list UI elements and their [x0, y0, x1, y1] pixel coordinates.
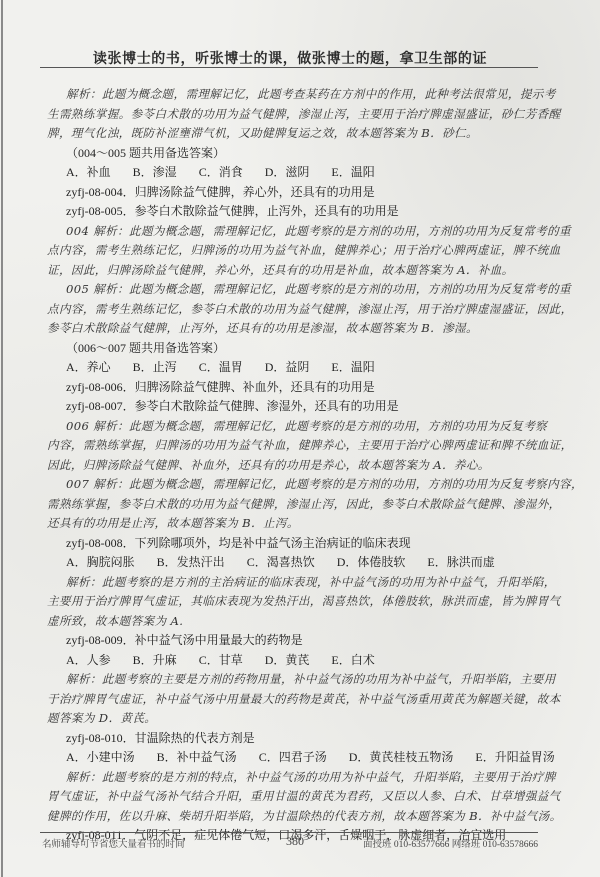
page-footer: 名师辅导可节省您大量看书的时间 380 面授班 010-63577666 网络班… — [40, 836, 538, 850]
answer-option: D．黄芪 — [265, 651, 310, 671]
explanation-line: 解析：此题为概念题，需理解记忆，此题考查某药在方剂中的作用，此种考法很常见，提示… — [47, 85, 541, 105]
question-line: zyfj-08-010．甘温除热的代表方剂是 — [47, 729, 541, 749]
answer-option: D．黄芪桂枝五物汤 — [349, 748, 454, 768]
footer-divider — [40, 832, 538, 833]
answer-option: A．胸脘闷胀 — [66, 553, 135, 573]
explanation-line: 006 解析：此题为概念题，需理解记忆，此题考察的是方剂的功用，方剂的功用为反复… — [47, 417, 541, 437]
answer-option: E．温阳 — [331, 358, 374, 378]
explanation-line: 证，因此，归脾汤除益气健脾，养心外，还具有的功用是补血，故本题答案为 A．补血。 — [47, 261, 541, 281]
explanation-line: 内容，需熟练掌握，归脾汤的功用为益气补血，健脾养心，主要用于治疗心脾两虚证和脾不… — [47, 436, 541, 456]
answer-option: A．养心 — [66, 358, 111, 378]
answer-option: E．脉洪而虚 — [427, 553, 494, 573]
explanation-line: 参苓白术散除益气健脾，止泻外，还具有的功用是渗湿，故本题答案为 B．渗湿。 — [47, 319, 541, 339]
answer-option: E．白术 — [331, 651, 374, 671]
explanation-line: 解析：此题考察的主要是方剂的药物用量，补中益气汤的功用为补中益气，升阳举陷，主要… — [47, 670, 541, 690]
answer-option: B．发热汗出 — [157, 553, 225, 573]
document-page: 读张博士的书，听张博士的课，做张博士的题，拿卫生部的证 解析：此题为概念题，需理… — [0, 0, 600, 877]
answer-option: A．小建中汤 — [66, 748, 135, 768]
question-line: zyfj-08-004．归脾汤除益气健脾，养心外，还具有的功用是 — [47, 183, 541, 203]
answer-option: D．滋阴 — [265, 163, 310, 183]
explanation-line: 虚所致，故本题答案为 A. — [47, 612, 541, 632]
footer-slogan: 名师辅导可节省您大量看书的时间 — [42, 836, 185, 850]
answer-options: A．补血B．渗湿C．消食D．滋阴E．温阳 — [47, 163, 541, 183]
explanation-line: 解析：此题考察的是方剂的特点，补中益气汤的功用为补中益气，升阳举陷，主要用于治疗… — [47, 768, 541, 788]
answer-option: D．体倦肢软 — [337, 553, 406, 573]
explanation-line: 004 解析：此题为概念题，需理解记忆，此题考察的是方剂的功用，方剂的功用为反复… — [47, 222, 541, 242]
answer-option: C．渴喜热饮 — [247, 553, 315, 573]
question-line: （004～005 题共用备选答案） — [47, 144, 541, 164]
explanation-line: 健脾的作用，佐以升麻、柴胡升阳举陷，为甘温除热的代表方剂，故本题答案为 B．补中… — [47, 807, 541, 827]
answer-option: E．温阳 — [331, 163, 374, 183]
explanation-line: 需熟练掌握，参苓白术散的功用为益气健脾，渗湿止泻，因此，参苓白术散除益气健脾、渗… — [47, 495, 541, 515]
page-number: 380 — [286, 834, 304, 849]
explanation-line: 还具有的功用是止泻，故本题答案为 B．止泻。 — [47, 514, 541, 534]
question-line: zyfj-08-005．参苓白术散除益气健脾，止泻外，还具有的功用是 — [47, 202, 541, 222]
answer-option: B．渗湿 — [133, 163, 177, 183]
answer-option: C．甘草 — [199, 651, 243, 671]
explanation-line: 007 解析：此题为概念题，需理解记忆，此题考察的是方剂的功用，方剂的功用为反复… — [47, 475, 541, 495]
explanation-line: 主要用于治疗脾胃气虚证，其临床表现为发热汗出，渴喜热饮，体倦肢软，脉洪而虚，皆为… — [47, 592, 541, 612]
question-line: zyfj-08-007．参苓白术散除益气健脾、渗湿外，还具有的功用是 — [47, 397, 541, 417]
question-line: zyfj-08-006．归脾汤除益气健脾、补血外，还具有的功用是 — [47, 378, 541, 398]
explanation-line: 点内容，需考生熟练记忆，归脾汤的功用为益气补血，健脾养心；用于治疗心脾两虚证，脾… — [47, 241, 541, 261]
header-divider — [40, 67, 538, 68]
explanation-line: 脾，理气化浊，既防补涩壅滞气机，又助健脾复运之效，故本题答案为 B．砂仁。 — [47, 124, 541, 144]
answer-options: A．胸脘闷胀B．发热汗出C．渴喜热饮D．体倦肢软E．脉洪而虚 — [47, 553, 541, 573]
question-line: zyfj-08-008．下列除哪项外，均是补中益气汤主治病证的临床表现 — [47, 534, 541, 554]
answer-option: A．人参 — [66, 651, 111, 671]
answer-options: A．人参B．升麻C．甘草D．黄芪E．白术 — [47, 651, 541, 671]
answer-option: B．升麻 — [133, 651, 177, 671]
answer-options: A．养心B．止泻C．温胃D．益阴E．温阳 — [47, 358, 541, 378]
explanation-line: 题答案为 D．黄芪。 — [47, 709, 541, 729]
page-header-title: 读张博士的书，听张博士的课，做张博士的题，拿卫生部的证 — [40, 48, 540, 68]
answer-option: E．升阳益胃汤 — [475, 748, 554, 768]
answer-option: C．四君子汤 — [259, 748, 327, 768]
question-line: （006～007 题共用备选答案） — [47, 339, 541, 359]
answer-option: B．止泻 — [133, 358, 177, 378]
explanation-line: 于治疗脾胃气虚证，补中益气汤中用量最大的药物是黄芪，补中益气汤重用黄芪为解题关键… — [47, 690, 541, 710]
question-line: zyfj-08-009．补中益气汤中用量最大的药物是 — [47, 631, 541, 651]
answer-option: B．补中益气汤 — [157, 748, 237, 768]
answer-options: A．小建中汤B．补中益气汤C．四君子汤D．黄芪桂枝五物汤E．升阳益胃汤 — [47, 748, 541, 768]
page-left-border — [1, 0, 3, 877]
answer-option: A．补血 — [66, 163, 111, 183]
answer-option: C．消食 — [199, 163, 243, 183]
explanation-line: 005 解析：此题为概念题，需理解记忆，此题考察的是方剂的功用，方剂的功用为反复… — [47, 280, 541, 300]
explanation-line: 点内容，需考生熟练记忆，参苓白术散的功用为益气健脾，渗湿止泻，用于治疗脾虚湿盛证… — [47, 300, 541, 320]
explanation-line: 解析：此题考察的是方剂的主治病证的临床表现，补中益气汤的功用为补中益气，升阳举陷… — [47, 573, 541, 593]
page-content: 解析：此题为概念题，需理解记忆，此题考查某药在方剂中的作用，此种考法很常见，提示… — [47, 85, 541, 846]
explanation-line: 胃气虚证，补中益气汤补气结合升阳，重用甘温的黄芪为君药，又臣以人参、白术、甘草增… — [47, 787, 541, 807]
explanation-line: 因此，归脾汤除益气健脾、补血外，还具有的功用是养心，故本题答案为 A．养心。 — [47, 456, 541, 476]
answer-option: D．益阴 — [265, 358, 310, 378]
answer-option: C．温胃 — [199, 358, 243, 378]
footer-contact: 面授班 010-63577666 网络班 010-63578666 — [363, 836, 538, 850]
explanation-line: 生需熟练掌握。参苓白术散的功用为益气健脾，渗湿止泻，主要用于治疗脾虚湿盛证，砂仁… — [47, 105, 541, 125]
